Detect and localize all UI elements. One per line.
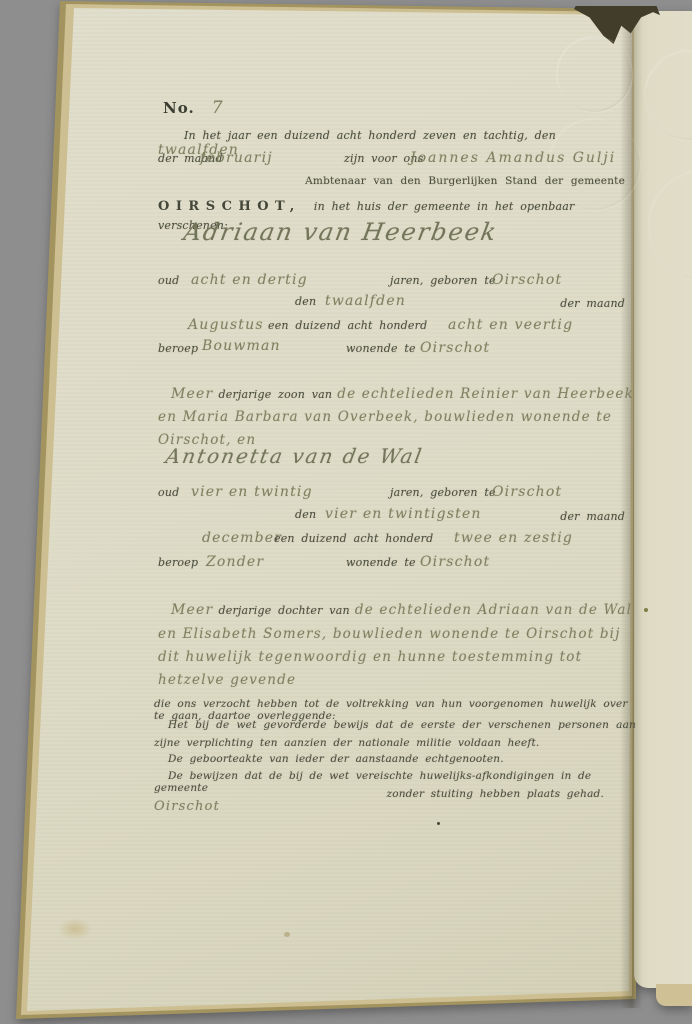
banns-place-handwritten: Oirschot — [154, 799, 220, 814]
bride-birthplace-handwritten: Oirschot — [492, 484, 562, 500]
paper-speck — [284, 932, 290, 937]
scanned-book-photo: No. 7 In het jaar een duizend acht honde… — [0, 0, 692, 1024]
bride-occupation-line: beroep Zonder wonende te Oirschot — [158, 556, 632, 572]
den-label: den — [295, 295, 316, 308]
official-name-handwritten: Joannes Amandus Gulji — [410, 150, 616, 166]
der-maand-label: der maand — [560, 297, 625, 310]
groom-occupation-line: beroep Bouwman wonende te Oirschot — [158, 342, 632, 358]
paper-speck — [437, 822, 440, 825]
bride-birthyear-line: december een duizend acht honderd twee e… — [158, 532, 632, 548]
year-prefix-label: een duizend acht honderd — [268, 319, 427, 332]
act-number-line: No. 7 — [163, 98, 224, 118]
born-label: jaren, geboren te — [390, 274, 496, 287]
age-label: oud — [158, 274, 179, 287]
act-number-label: No. — [163, 99, 195, 117]
year-prefix-label: een duizend acht honderd — [274, 532, 433, 545]
intro-month-line: der maand februarij zijn voor ons Joanne… — [158, 152, 632, 170]
bride-birthyear-handwritten: twee en zestig — [454, 530, 573, 546]
right-page-under-sheet — [656, 984, 692, 1006]
groom-residence-handwritten: Oirschot — [420, 340, 490, 356]
groom-name-handwritten: Adriaan van Heerbeek — [182, 218, 501, 246]
marriage-act-document: No. 7 In het jaar een duizend acht honde… — [158, 96, 632, 836]
act-number-value: 7 — [212, 98, 224, 118]
bride-parents-paragraph: Meer derjarige dochter van de echteliede… — [158, 598, 640, 691]
municipality-name: OIRSCHOT, — [158, 199, 301, 214]
closing-militia-line: Het bij de wet gevorderde bewijs dat de … — [154, 716, 636, 752]
groom-age-line: oud acht en dertig jaren, geboren te Oir… — [158, 274, 632, 290]
groom-derjarige-printed: derjarige zoon van — [219, 388, 333, 401]
wonende-label: wonende te — [346, 556, 416, 569]
groom-birthday-handwritten: twaalfden — [325, 293, 406, 309]
month-handwritten: februarij — [200, 150, 273, 166]
bride-birthday-line: den vier en twintigsten der maand — [158, 508, 625, 524]
groom-parents-paragraph: Meer derjarige zoon van de echtelieden R… — [158, 382, 638, 451]
bride-birthmonth-handwritten: december — [202, 530, 282, 546]
bride-meer-handwritten: Meer — [171, 602, 213, 618]
groom-birthplace-handwritten: Oirschot — [492, 272, 562, 288]
official-title-line: Ambtenaar van den Burgerlijken Stand der… — [158, 175, 625, 187]
closing-birthcerts-line: De geboorteakte van ieder der aanstaande… — [154, 753, 636, 765]
groom-birthyear-line: Augustus een duizend acht honderd acht e… — [158, 319, 632, 335]
der-maand-label: der maand — [560, 510, 625, 523]
groom-age-handwritten: acht en dertig — [191, 272, 308, 288]
bride-age-handwritten: vier en twintig — [191, 484, 313, 500]
age-label: oud — [158, 486, 179, 499]
groom-meer-handwritten: Meer — [171, 386, 213, 402]
wonende-label: wonende te — [346, 342, 416, 355]
den-label: den — [295, 508, 316, 521]
bride-derjarige-printed: derjarige dochter van — [219, 604, 350, 617]
intro-year-printed: In het jaar een duizend acht honderd zev… — [184, 129, 556, 142]
paper-speck — [644, 608, 648, 612]
bride-occupation-handwritten: Zonder — [206, 554, 264, 570]
paper-stain — [58, 918, 92, 940]
groom-birthday-line: den twaalfden der maand — [158, 295, 625, 311]
groom-occupation-handwritten: Bouwman — [202, 338, 281, 354]
right-page-strip — [634, 11, 692, 988]
bride-age-line: oud vier en twintig jaren, geboren te Oi… — [158, 486, 632, 502]
groom-birthmonth-handwritten: Augustus — [188, 317, 264, 333]
bride-birthday-handwritten: vier en twintigsten — [325, 506, 482, 522]
beroep-label: beroep — [158, 556, 198, 569]
closing-banns-end-line: zonder stuiting hebben plaats gehad. — [158, 788, 604, 800]
bride-residence-handwritten: Oirschot — [420, 554, 490, 570]
born-label: jaren, geboren te — [390, 486, 496, 499]
bride-name-handwritten: Antonetta van de Wal — [164, 444, 425, 468]
beroep-label: beroep — [158, 342, 198, 355]
groom-birthyear-handwritten: acht en veertig — [448, 317, 573, 333]
